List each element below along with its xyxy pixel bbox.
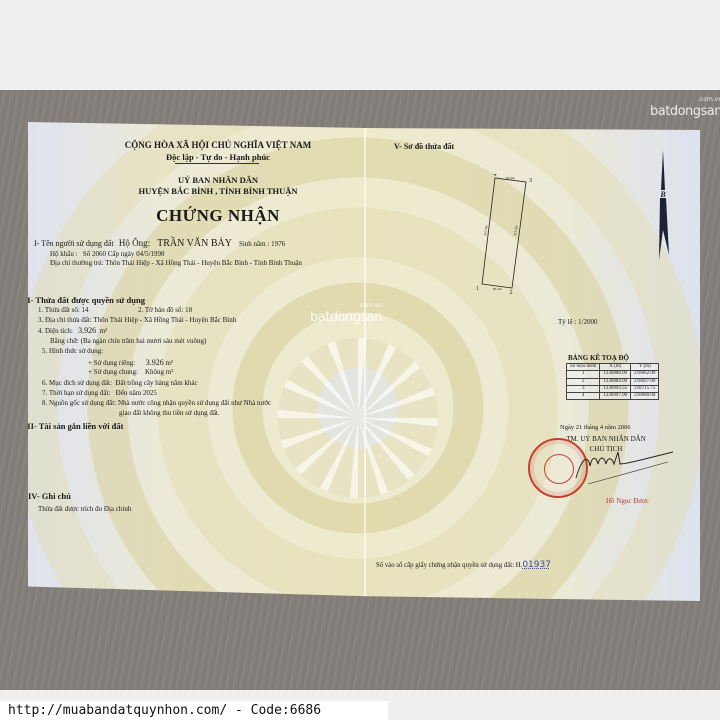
birth-year: 1976 xyxy=(271,240,285,248)
watermark-domain: .com.vn xyxy=(698,96,720,103)
purpose-value: Đất trồng cây hàng năm khác xyxy=(115,379,197,387)
usage-form-label: 5. Hình thức sử dụng: xyxy=(42,347,103,355)
shared-use-label: + Sử dụng chung: xyxy=(88,368,138,376)
coordinates-header: Số hiệu điểm xyxy=(567,364,600,371)
motto-underline xyxy=(175,163,259,164)
motto: Độc lập - Tự do - Hạnh phúc xyxy=(103,152,333,162)
private-use-unit: m² xyxy=(165,359,173,367)
shared-use-unit: m² xyxy=(166,368,174,376)
coordinates-cell: 218680.00 xyxy=(631,393,659,400)
national-title: CỘNG HÒA XÃ HỘI CHỦ NGHĨA VIỆT NAM xyxy=(103,140,333,150)
issuer-line-1: UỶ BAN NHÂN DÂN xyxy=(103,175,333,185)
purpose-label: 6. Mục đích sử dụng đất: xyxy=(42,379,112,387)
household-value: Số 2060 Cấp ngày 04/5/1998 xyxy=(83,250,165,258)
svg-text:50.0m: 50.0m xyxy=(506,176,515,180)
parcel-address-label: 3. Địa chỉ thửa đất: xyxy=(38,316,92,324)
coordinates-cell: 218715.75 xyxy=(631,385,659,392)
origin-label: 8. Nguồn gốc sử dụng đất: xyxy=(42,399,116,407)
watermark-text-center: batdongsan xyxy=(310,310,382,325)
section-4-heading: IV- Ghi chú xyxy=(28,491,71,501)
coordinates-table: Số hiệu điểmX (m)Y (m) 11236888.00218662… xyxy=(566,363,659,400)
watermark-domain-center: .com.vn xyxy=(358,302,382,309)
svg-text:1: 1 xyxy=(476,286,479,292)
svg-text:110.3m: 110.3m xyxy=(483,225,488,236)
svg-text:30.2m: 30.2m xyxy=(493,287,502,291)
page-fold xyxy=(364,118,366,601)
map-sheet-label: 2. Tờ bản đồ số: xyxy=(138,306,183,314)
coordinates-cell: 218697.00 xyxy=(631,378,659,385)
area-value: 3.926 xyxy=(78,326,96,335)
parcel-no: 14 xyxy=(82,306,89,314)
issue-date: Ngày 21 tháng 4 năm 2006 xyxy=(560,424,631,431)
parcel-sketch: 4 3 1 2 50.0m 30.2m 110.3m 113.2m xyxy=(468,174,548,294)
parcel-address: Thôn Thái Hiệp - Xã Hồng Thái - Huyện Bắ… xyxy=(93,316,236,324)
address-label: Địa chỉ thường trú: xyxy=(50,259,104,267)
svg-text:3: 3 xyxy=(529,178,532,184)
section-5-heading: V- Sơ đồ thửa đất xyxy=(394,142,454,151)
scale-label: Tỷ lệ : 1/2000 xyxy=(558,318,597,326)
section-1-row: I- Tên người sử dụng đất Hộ Ông: TRẦN VĂ… xyxy=(34,238,285,249)
coordinates-cell: 3 xyxy=(567,385,600,392)
parcel-address-row: 3. Địa chỉ thửa đất: Thôn Thái Hiệp - Xã… xyxy=(38,316,236,324)
land-use-certificate: CỘNG HÒA XÃ HỘI CHỦ NGHĨA VIỆT NAM Độc l… xyxy=(28,118,700,601)
watermark-corner: .com.vn batdongsan xyxy=(650,100,720,119)
signature-icon xyxy=(568,448,678,488)
coordinates-row: 21236884.00218697.00 xyxy=(567,378,659,385)
private-use-label: + Sử dụng riêng: xyxy=(88,359,135,367)
coordinates-cell: 1236884.00 xyxy=(600,378,631,385)
household-label: Hộ khẩu : xyxy=(50,250,78,258)
private-use-value: 3.926 xyxy=(146,358,164,367)
term-row: 7. Thời hạn sử dụng đất: Đến năm 2025 xyxy=(42,389,157,397)
watermark-text: batdongsan xyxy=(650,104,720,119)
address-row: Địa chỉ thường trú: Thôn Thái Hiệp - Xã … xyxy=(50,259,302,267)
coordinates-row: 11236888.00218662.00 xyxy=(567,371,659,378)
area-words-row: Bằng chữ: (Ba ngàn chín trăm hai mươi sá… xyxy=(50,337,206,345)
background-photo: .com.vn batdongsan CỘNG HÒA XÃ HỘI CHỦ N… xyxy=(0,90,720,690)
holder-name: TRẦN VĂN BẢY xyxy=(157,238,232,249)
area-label: 4. Diện tích: xyxy=(38,327,73,335)
registry-row: Số vào sổ cấp giấy chứng nhận quyền sử d… xyxy=(376,560,551,570)
coordinates-title: BẢNG KÊ TOẠ ĐỘ xyxy=(568,354,629,362)
coordinates-cell: 218662.00 xyxy=(631,371,659,378)
coordinates-cell: 1 xyxy=(567,371,600,378)
coordinates-header: X (m) xyxy=(600,364,631,371)
map-sheet: 18 xyxy=(185,306,192,314)
parcel-row: 1. Thửa đất số: 14 xyxy=(38,306,89,314)
note-text: Thửa đất được trích đo Địa chính xyxy=(38,505,131,513)
area-row: 4. Diện tích: 3.926 m² xyxy=(38,326,107,335)
term-value: Đến năm 2025 xyxy=(116,389,157,397)
svg-text:4: 4 xyxy=(494,174,497,178)
section-3-heading: III- Tài sản gắn liền với đất xyxy=(24,421,124,431)
map-sheet-row: 2. Tờ bản đồ số: 18 xyxy=(138,306,192,314)
origin-line-1: Nhà nước công nhận quyền sử dụng đất như… xyxy=(118,399,271,407)
shared-use-value: Không xyxy=(145,368,164,376)
svg-text:2: 2 xyxy=(510,290,513,294)
coordinates-header: Y (m) xyxy=(631,364,659,371)
area-unit: m² xyxy=(100,327,108,335)
private-use-row: + Sử dụng riêng: 3.926 m² xyxy=(88,358,173,367)
source-footer: http://muabandatquynhon.com/ - Code:6686 xyxy=(0,701,388,720)
household-row: Hộ khẩu : Số 2060 Cấp ngày 04/5/1998 xyxy=(50,250,165,258)
address-value: Thôn Thái Hiệp - Xã Hồng Thái - Huyện Bắ… xyxy=(105,259,302,267)
signer-name: Hồ Ngọc Được xyxy=(606,497,649,505)
document-title: CHỨNG NHẬN xyxy=(103,206,333,226)
origin-row: 8. Nguồn gốc sử dụng đất: Nhà nước công … xyxy=(42,399,271,407)
registry-label: Số vào sổ cấp giấy chứng nhận quyền sử d… xyxy=(376,562,522,569)
coordinates-cell: 2 xyxy=(567,378,600,385)
drum-star-pattern xyxy=(278,338,438,498)
coordinates-cell: 4 xyxy=(567,393,600,400)
svg-text:B: B xyxy=(659,190,666,199)
area-words: (Ba ngàn chín trăm hai mươi sáu mét vuôn… xyxy=(81,337,207,345)
svg-text:113.2m: 113.2m xyxy=(513,225,518,236)
shared-use-row: + Sử dụng chung: Không m² xyxy=(88,368,173,376)
coordinates-cell: 1236993.55 xyxy=(600,385,631,392)
birth-label: Sinh năm : xyxy=(239,240,269,248)
north-arrow-icon: B xyxy=(653,150,673,260)
area-words-label: Bằng chữ: xyxy=(50,337,79,345)
purpose-row: 6. Mục đích sử dụng đất: Đất trồng cây h… xyxy=(42,379,198,387)
parcel-no-label: 1. Thửa đất số: xyxy=(38,306,80,314)
coordinates-cell: 1236997.00 xyxy=(600,393,631,400)
holder-prefix: Hộ Ông: xyxy=(119,238,150,248)
coordinates-cell: 1236888.00 xyxy=(600,371,631,378)
issuer-line-2: HUYỆN BẮC BÌNH , TỈNH BÌNH THUẬN xyxy=(103,186,333,196)
coordinates-row: 31236993.55218715.75 xyxy=(567,385,659,392)
term-label: 7. Thời hạn sử dụng đất: xyxy=(42,389,110,397)
coordinates-row: 41236997.00218680.00 xyxy=(567,393,659,400)
section-2-heading: II- Thửa đất được quyền sử dụng xyxy=(24,295,145,305)
watermark-center: .com.vn batdongsan xyxy=(310,306,382,325)
origin-line-2: giao đất không thu tiền sử dụng đất. xyxy=(119,409,220,417)
section-1-heading: I- Tên người sử dụng đất xyxy=(34,239,114,248)
registry-number: 01937 xyxy=(522,560,551,570)
